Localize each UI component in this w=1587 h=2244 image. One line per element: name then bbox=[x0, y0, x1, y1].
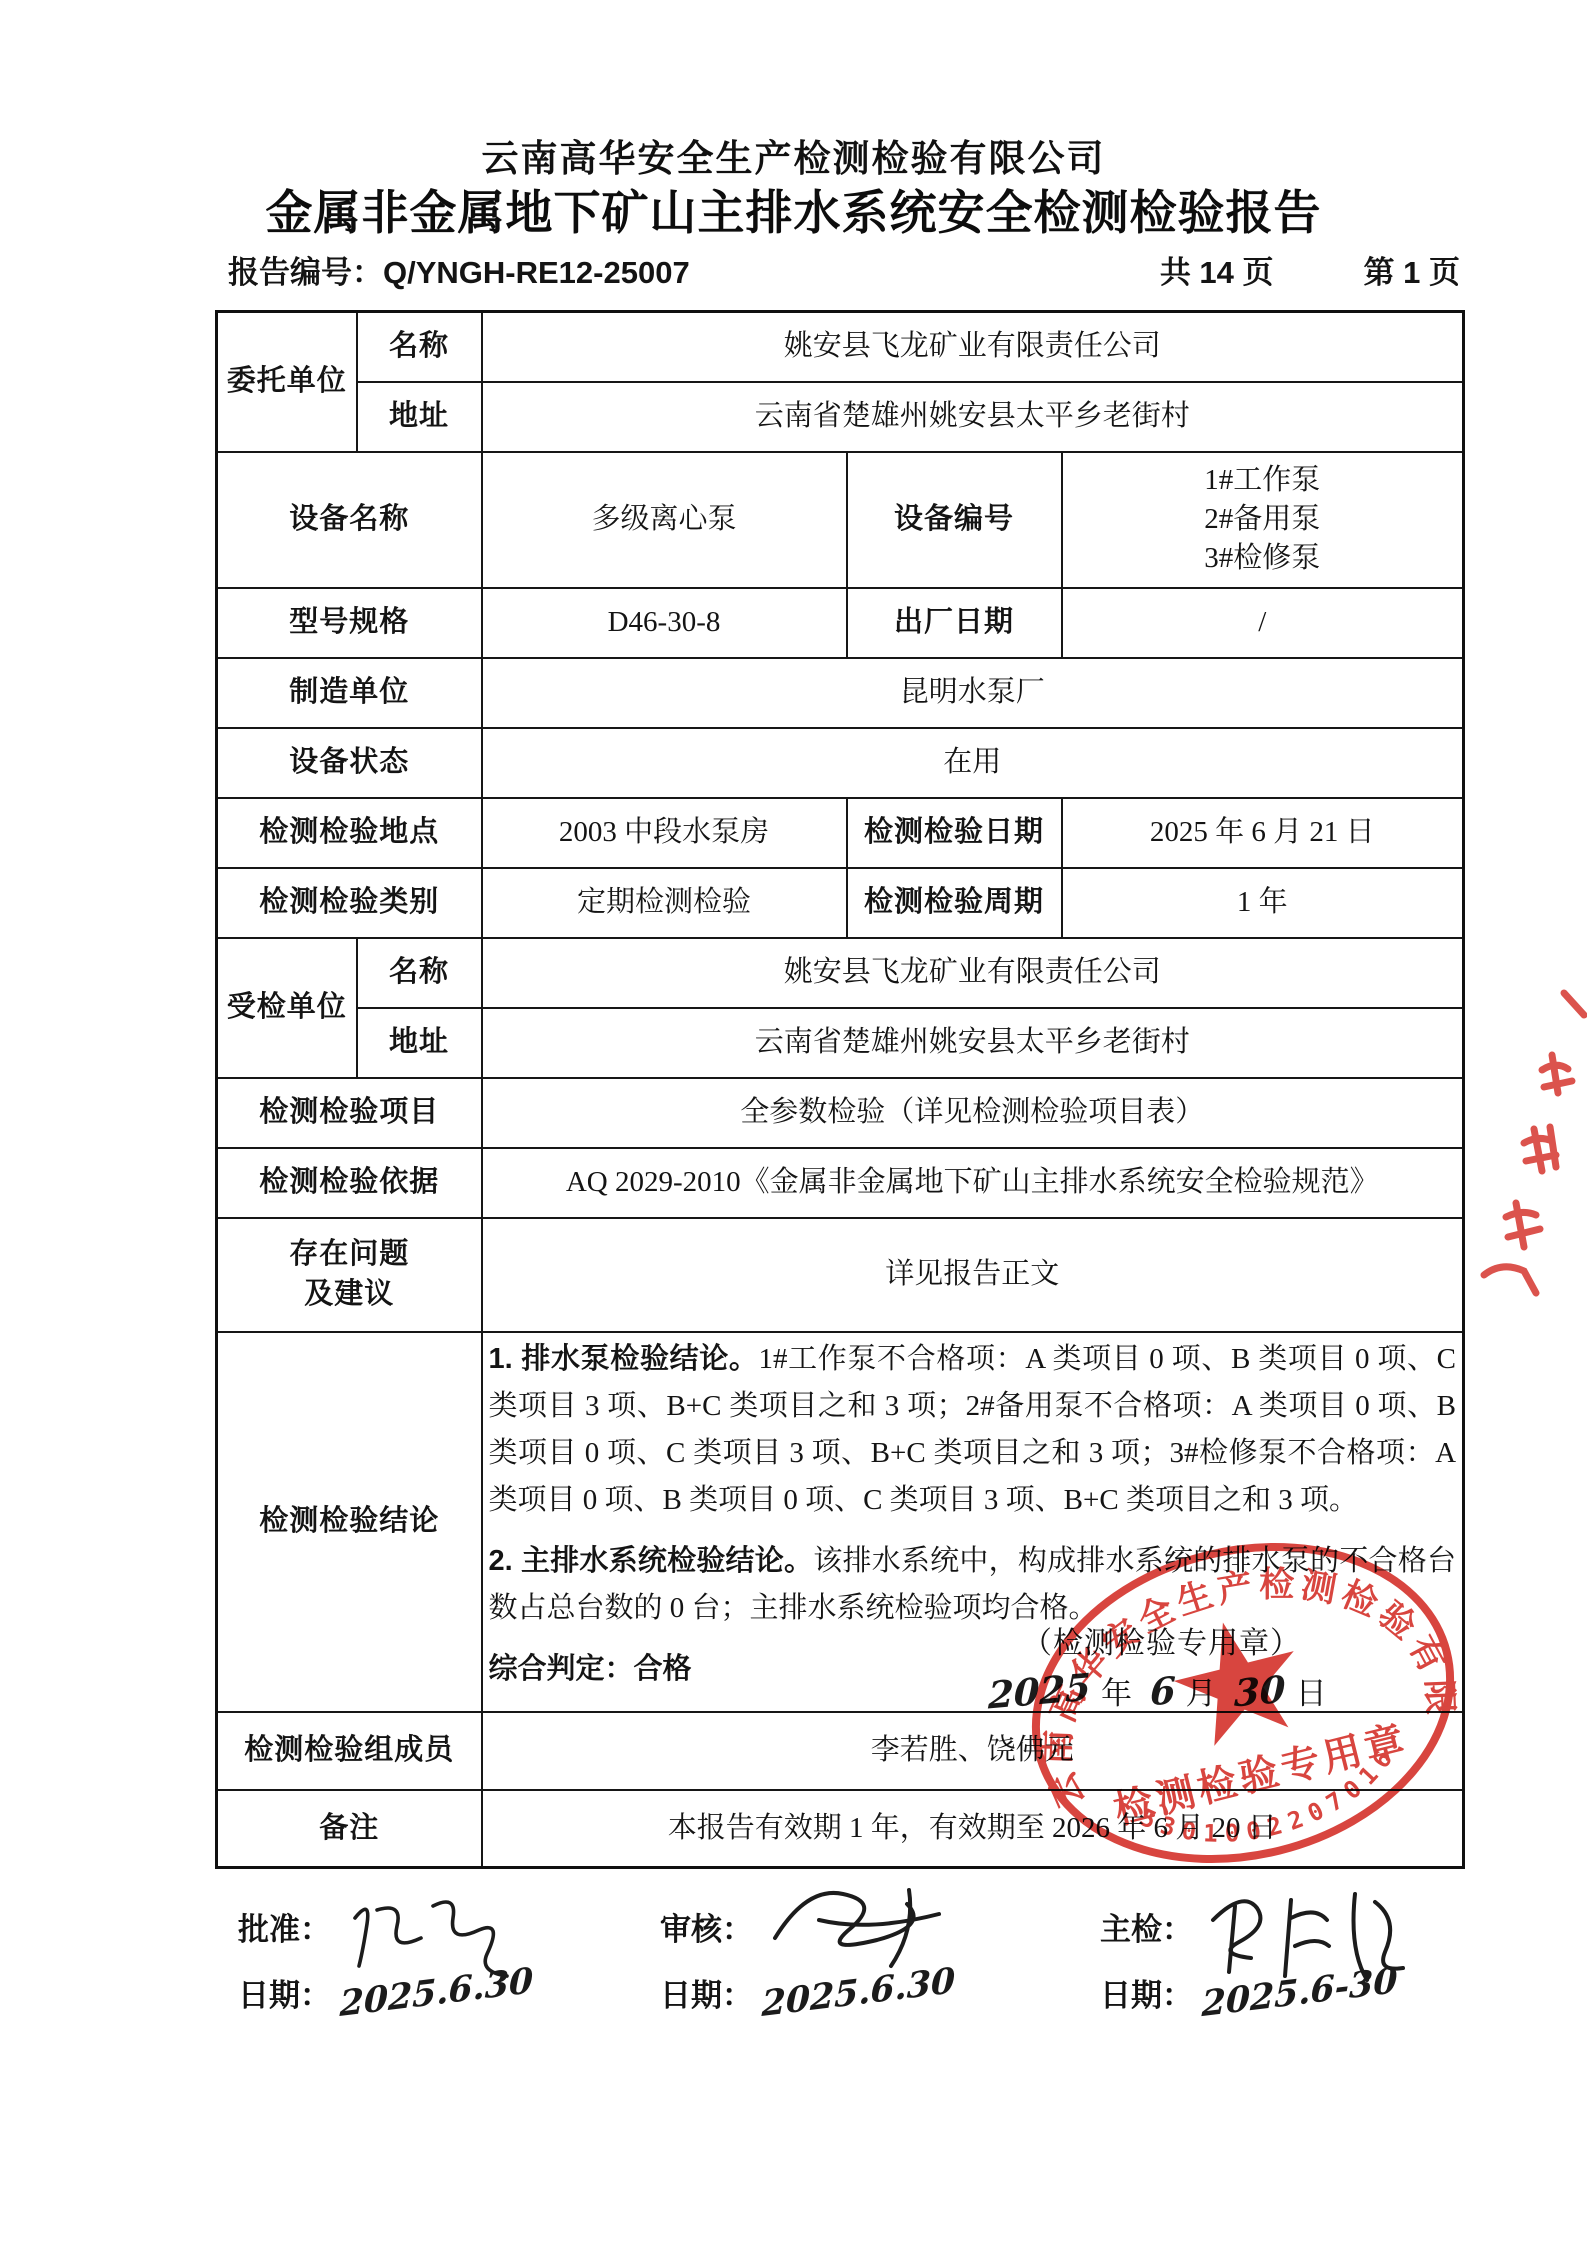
conclusion-p1-lead: 1. 排水泵检验结论。 bbox=[489, 1343, 759, 1375]
inspected-name-value: 姚安县飞龙矿业有限责任公司 bbox=[482, 938, 1464, 1008]
review-signature-col: 审核： 日期： 2025.6.30 bbox=[660, 1880, 1080, 2015]
factory-date-value: / bbox=[1062, 588, 1464, 658]
pages-total: 共 14 页 bbox=[1160, 247, 1274, 292]
problems-label-line1: 存在问题 bbox=[224, 1235, 475, 1274]
problems-label: 存在问题 及建议 bbox=[217, 1218, 482, 1332]
device-no-line: 2#备用泵 bbox=[1069, 500, 1457, 539]
review-label: 审核： bbox=[660, 1880, 753, 1949]
model-label: 型号规格 bbox=[217, 588, 482, 658]
inspect-date-value: 2025 年 6 月 21 日 bbox=[1062, 798, 1464, 868]
problems-label-line2: 及建议 bbox=[224, 1275, 475, 1314]
report-number: 报告编号：Q/YNGH-RE12-25007 bbox=[228, 247, 690, 292]
client-name-label: 名称 bbox=[357, 312, 482, 382]
inspected-addr-value: 云南省楚雄州姚安县太平乡老街村 bbox=[482, 1008, 1464, 1078]
device-no-line: 1#工作泵 bbox=[1069, 461, 1457, 500]
team-label: 检测检验组成员 bbox=[217, 1712, 482, 1790]
report-meta-row: 报告编号：Q/YNGH-RE12-25007 共 14 页 第 1 页 bbox=[228, 245, 1460, 293]
problems-value: 详见报告正文 bbox=[482, 1218, 1464, 1332]
page-current: 第 1 页 bbox=[1364, 247, 1460, 292]
approve-label: 批准： bbox=[238, 1880, 331, 1949]
device-name-value: 多级离心泵 bbox=[482, 452, 847, 588]
chief-date-label: 日期： bbox=[1100, 1970, 1193, 2015]
client-group-label: 委托单位 bbox=[217, 312, 357, 452]
table-row: 型号规格 D46-30-8 出厂日期 / bbox=[217, 588, 1464, 658]
report-number-value: Q/YNGH-RE12-25007 bbox=[383, 255, 690, 290]
signature-block: 批准： 日期： 2025.6.30 审核： bbox=[0, 1880, 1587, 2110]
table-row: 受检单位 名称 姚安县飞龙矿业有限责任公司 bbox=[217, 938, 1464, 1008]
table-row: 委托单位 名称 姚安县飞龙矿业有限责任公司 bbox=[217, 312, 1464, 382]
report-number-label: 报告编号： bbox=[228, 255, 383, 290]
right-edge-stamp-fragment bbox=[1472, 975, 1587, 1305]
stamp-star-icon bbox=[1163, 1608, 1311, 1752]
table-row: 存在问题 及建议 详见报告正文 bbox=[217, 1218, 1464, 1332]
location-label: 检测检验地点 bbox=[217, 798, 482, 868]
manufacturer-value: 昆明水泵厂 bbox=[482, 658, 1464, 728]
model-value: D46-30-8 bbox=[482, 588, 847, 658]
table-row: 检测检验依据 AQ 2029-2010《金属非金属地下矿山主排水系统安全检验规范… bbox=[217, 1148, 1464, 1218]
device-no-label: 设备编号 bbox=[847, 452, 1062, 588]
inspected-addr-label: 地址 bbox=[357, 1008, 482, 1078]
basis-label: 检测检验依据 bbox=[217, 1148, 482, 1218]
conclusion-p2-lead: 2. 主排水系统检验结论。 bbox=[489, 1545, 814, 1577]
table-row: 设备状态 在用 bbox=[217, 728, 1464, 798]
remark-label: 备注 bbox=[217, 1790, 482, 1868]
inspected-name-label: 名称 bbox=[357, 938, 482, 1008]
table-row: 检测检验类别 定期检测检验 检测检验周期 1 年 bbox=[217, 868, 1464, 938]
table-row: 检测检验地点 2003 中段水泵房 检测检验日期 2025 年 6 月 21 日 bbox=[217, 798, 1464, 868]
table-row: 地址 云南省楚雄州姚安县太平乡老街村 bbox=[217, 382, 1464, 452]
table-row: 地址 云南省楚雄州姚安县太平乡老街村 bbox=[217, 1008, 1464, 1078]
approve-signature-col: 批准： 日期： 2025.6.30 bbox=[238, 1880, 658, 2015]
category-label: 检测检验类别 bbox=[217, 868, 482, 938]
table-row: 制造单位 昆明水泵厂 bbox=[217, 658, 1464, 728]
manufacturer-label: 制造单位 bbox=[217, 658, 482, 728]
inspected-group-label: 受检单位 bbox=[217, 938, 357, 1078]
inspect-date-label: 检测检验日期 bbox=[847, 798, 1062, 868]
factory-date-label: 出厂日期 bbox=[847, 588, 1062, 658]
table-row: 检测检验项目 全参数检验（详见检测检验项目表） bbox=[217, 1078, 1464, 1148]
status-value: 在用 bbox=[482, 728, 1464, 798]
approve-date-label: 日期： bbox=[238, 1970, 331, 2015]
table-row: 设备名称 多级离心泵 设备编号 1#工作泵 2#备用泵 3#检修泵 bbox=[217, 452, 1464, 588]
page-info: 共 14 页 第 1 页 bbox=[1160, 247, 1460, 292]
chief-label: 主检： bbox=[1100, 1880, 1193, 1949]
items-label: 检测检验项目 bbox=[217, 1078, 482, 1148]
status-label: 设备状态 bbox=[217, 728, 482, 798]
client-name-value: 姚安县飞龙矿业有限责任公司 bbox=[482, 312, 1464, 382]
device-no-line: 3#检修泵 bbox=[1069, 539, 1457, 578]
cycle-value: 1 年 bbox=[1062, 868, 1464, 938]
company-title: 云南高华安全生产检测检验有限公司 bbox=[0, 128, 1587, 182]
items-value: 全参数检验（详见检测检验项目表） bbox=[482, 1078, 1464, 1148]
client-addr-value: 云南省楚雄州姚安县太平乡老街村 bbox=[482, 382, 1464, 452]
report-title: 金属非金属地下矿山主排水系统安全检测检验报告 bbox=[0, 176, 1587, 243]
device-no-value: 1#工作泵 2#备用泵 3#检修泵 bbox=[1062, 452, 1464, 588]
category-value: 定期检测检验 bbox=[482, 868, 847, 938]
location-value: 2003 中段水泵房 bbox=[482, 798, 847, 868]
device-name-label: 设备名称 bbox=[217, 452, 482, 588]
chief-signature-col: 主检： 日期： 2025.6-30 bbox=[1100, 1880, 1520, 2015]
conclusion-label: 检测检验结论 bbox=[217, 1332, 482, 1712]
cycle-label: 检测检验周期 bbox=[847, 868, 1062, 938]
review-date-label: 日期： bbox=[660, 1970, 753, 2015]
report-page: 云南高华安全生产检测检验有限公司 金属非金属地下矿山主排水系统安全检测检验报告 … bbox=[0, 0, 1587, 2244]
basis-value: AQ 2029-2010《金属非金属地下矿山主排水系统安全检验规范》 bbox=[482, 1148, 1464, 1218]
official-seal-stamp: 云南高华安全生产检测检验有限公司 检测检验专用章 5301002207016 bbox=[985, 1468, 1505, 1938]
client-addr-label: 地址 bbox=[357, 382, 482, 452]
